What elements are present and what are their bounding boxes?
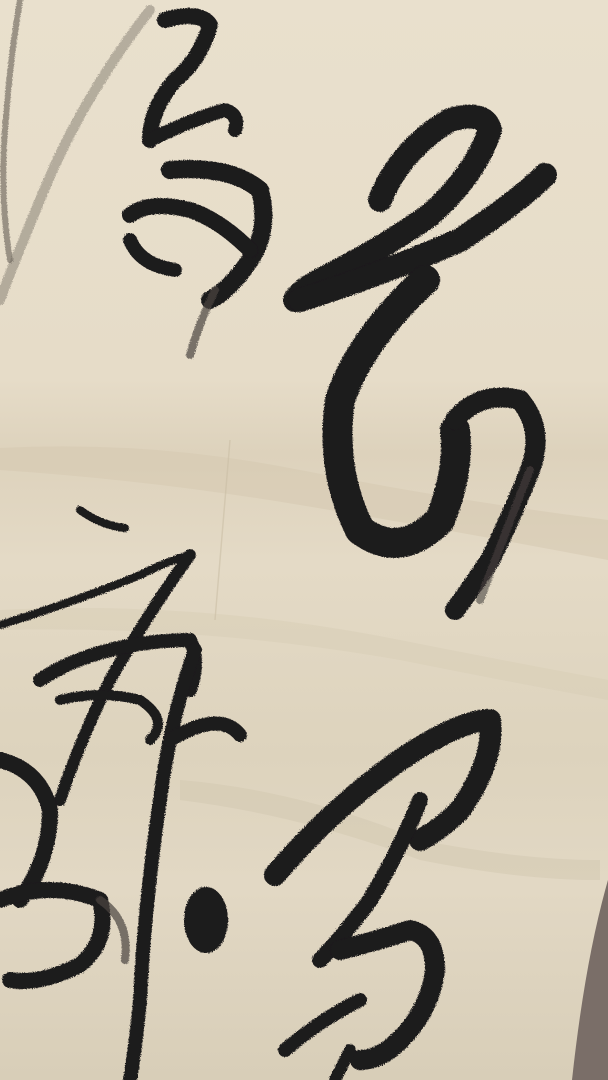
ink-strokes xyxy=(0,0,608,1080)
calligraphy-photo: Chinese cursive (caoshu) calligraphy on … xyxy=(0,0,608,1080)
